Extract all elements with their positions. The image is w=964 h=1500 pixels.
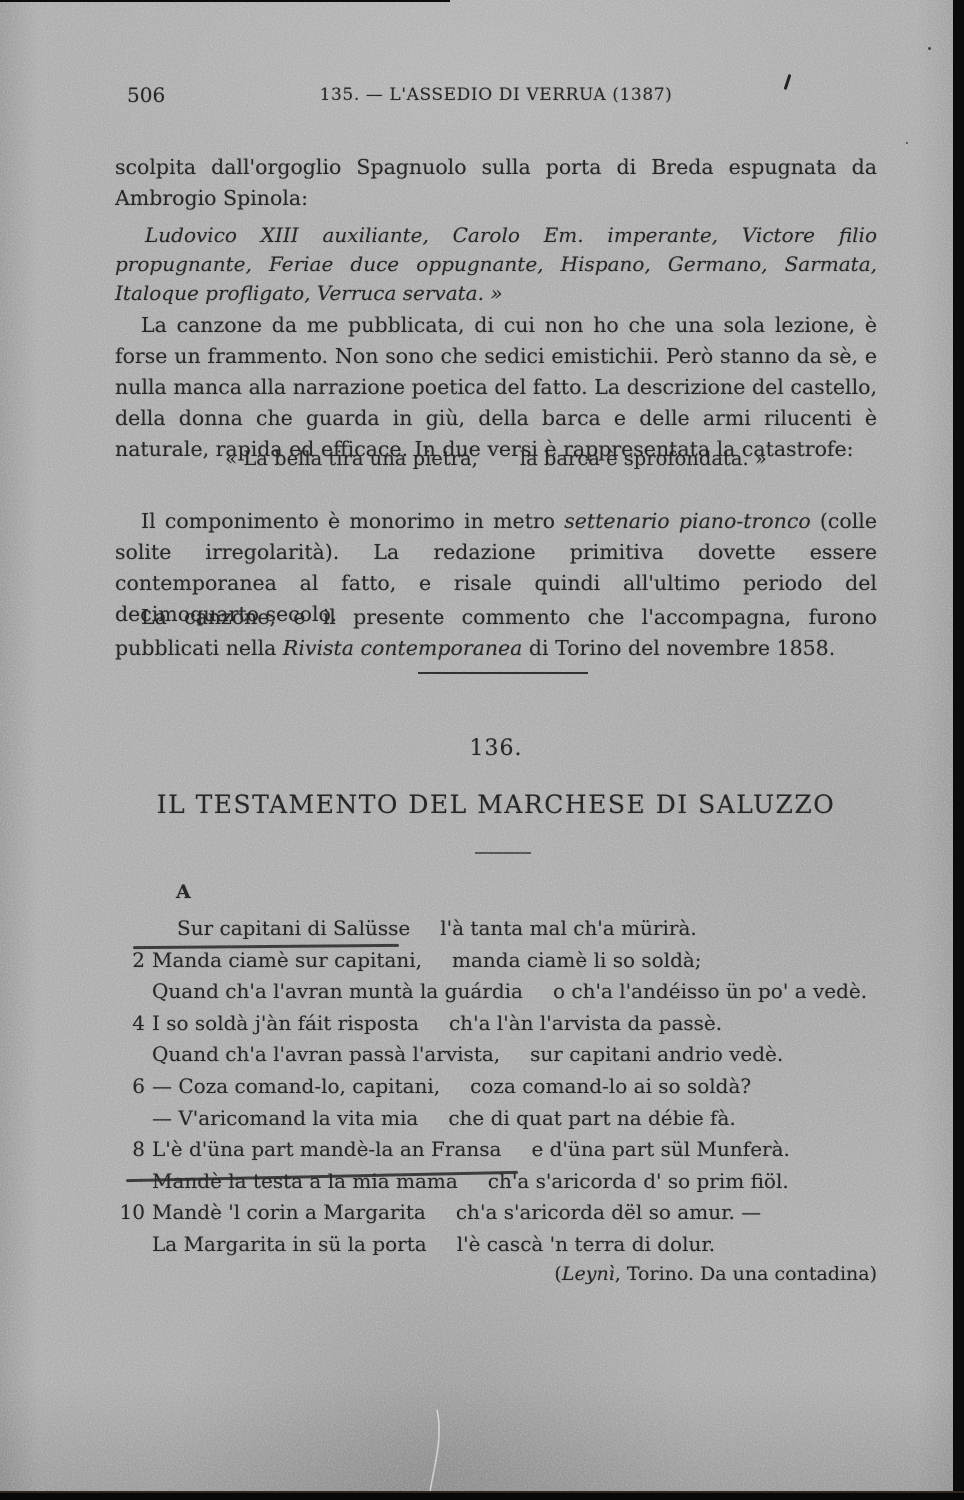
title-divider-rule (475, 852, 531, 854)
section-title: IL TESTAMENTO DEL MARCHESE DI SALUZZO (97, 790, 895, 819)
hemistich-a: La Margarita in sü la porta (152, 1232, 427, 1256)
section-divider-rule (418, 672, 588, 674)
running-header: 135. — L'ASSEDIO DI VERRUA (1387) (115, 85, 877, 105)
verse-line: Quand ch'a l'avran passà l'arvista,sur c… (115, 1042, 935, 1074)
paragraph-latin-inscription: Ludovico XIII auxiliante, Carolo Em. imp… (115, 221, 877, 308)
hemistich-a: — Coza comand-lo, capitani, (152, 1074, 440, 1098)
verse-line: 2Manda ciamè sur capitani,manda ciamè li… (115, 948, 935, 980)
hemistich-a: Quand ch'a l'avran passà l'arvista, (152, 1042, 500, 1066)
verse-line: 6— Coza comand-lo, capitani,coza comand-… (115, 1074, 935, 1106)
quote-right-hemistich: la barca è sprofondata. » (520, 447, 767, 470)
pubblicati-text: di Torino del novembre 1858. (522, 636, 835, 660)
hemistich-b: ch'a s'aricorda d' so prim fiöl. (488, 1169, 789, 1193)
verse-quote-line: « La bella tira una pietra,la barca è sp… (115, 447, 877, 470)
attribution: (Leynì, Torino. Da una contadina) (115, 1263, 877, 1285)
verse-line: Sur capitani di Salüssel'à tanta mal ch'… (115, 916, 935, 948)
verse-number: 8 (115, 1137, 145, 1161)
verse-block: Sur capitani di Salüssel'à tanta mal ch'… (115, 916, 935, 1264)
verse-line: La Margarita in sü la portal'è cascà 'n … (115, 1232, 935, 1264)
hemistich-b: l'è cascà 'n terra di dolur. (457, 1232, 715, 1256)
verse-line: 4I so soldà j'àn fáit rispostach'a l'àn … (115, 1011, 935, 1043)
hemistich-b: ch'a s'aricorda dël so amur. — (456, 1200, 761, 1224)
verse-number: 4 (115, 1011, 145, 1035)
scan-edge-bottom (0, 1491, 964, 1500)
hemistich-b: ch'a l'àn l'arvista da passè. (449, 1011, 722, 1035)
verse-line: Quand ch'a l'avran muntà la guárdiao ch'… (115, 979, 935, 1011)
hemistich-a: — V'aricomand la vita mia (152, 1106, 418, 1130)
paper-speck (928, 47, 931, 50)
hemistich-b: l'à tanta mal ch'a mürirà. (440, 916, 696, 940)
componimento-text: Il componimento è monorimo in metro (141, 509, 564, 533)
hemistich-b: coza comand-lo ai so soldà? (470, 1074, 751, 1098)
verse-number: 6 (115, 1074, 145, 1098)
hemistich-a: Manda ciamè sur capitani, (152, 948, 422, 972)
attribution-text: , Torino. Da una contadina) (615, 1263, 877, 1285)
hemistich-a: I so soldà j'àn fáit risposta (152, 1011, 419, 1035)
hemistich-b: che di quat part na débie fà. (448, 1106, 735, 1130)
pubblicati-italic: Rivista contemporanea (283, 636, 523, 660)
paragraph-intro: scolpita dall'orgoglio Spagnuolo sulla p… (115, 152, 877, 214)
scan-edge-right (953, 0, 964, 1500)
paragraph-canzone: La canzone da me pubblicata, di cui non … (115, 310, 877, 465)
hemistich-b: manda ciamè li so soldà; (452, 948, 702, 972)
hemistich-a: L'è d'üna part mandè-la an Fransa (152, 1137, 501, 1161)
hemistich-a: Quand ch'a l'avran muntà la guárdia (152, 979, 523, 1003)
hemistich-a: Sur capitani di Salüsse (177, 916, 410, 940)
verse-line: — V'aricomand la vita miache di quat par… (115, 1106, 935, 1138)
attribution-italic: Leynì (562, 1263, 615, 1285)
verse-line: 8L'è d'üna part mandè-la an Fransae d'ün… (115, 1137, 935, 1169)
quote-left-hemistich: « La bella tira una pietra, (225, 447, 478, 470)
hemistich-a: Mandè 'l corin a Margarita (152, 1200, 426, 1224)
verse-line: 10Mandè 'l corin a Margaritach'a s'arico… (115, 1200, 935, 1232)
attribution-text: ( (554, 1263, 561, 1285)
verse-line: Mandè la testa a la mia mamach'a s'arico… (115, 1169, 935, 1201)
verse-number: 10 (115, 1200, 145, 1224)
paper-speck (906, 142, 908, 144)
variant-label: A (176, 881, 192, 903)
paragraph-pubblicati: La canzone, e il presente commento che l… (115, 602, 877, 664)
scanned-book-page: 506 135. — L'ASSEDIO DI VERRUA (1387) sc… (0, 0, 964, 1500)
page-content: 506 135. — L'ASSEDIO DI VERRUA (1387) sc… (0, 0, 964, 1500)
scan-edge-top (0, 0, 450, 2)
hemistich-b: sur capitani andrio vedè. (530, 1042, 783, 1066)
verse-number: 2 (115, 948, 145, 972)
hemistich-b: o ch'a l'andéisso ün po' a vedè. (553, 979, 867, 1003)
componimento-italic: settenario piano-tronco (564, 509, 810, 533)
hemistich-b: e d'üna part sül Munferà. (531, 1137, 789, 1161)
section-number: 136. (115, 736, 877, 761)
